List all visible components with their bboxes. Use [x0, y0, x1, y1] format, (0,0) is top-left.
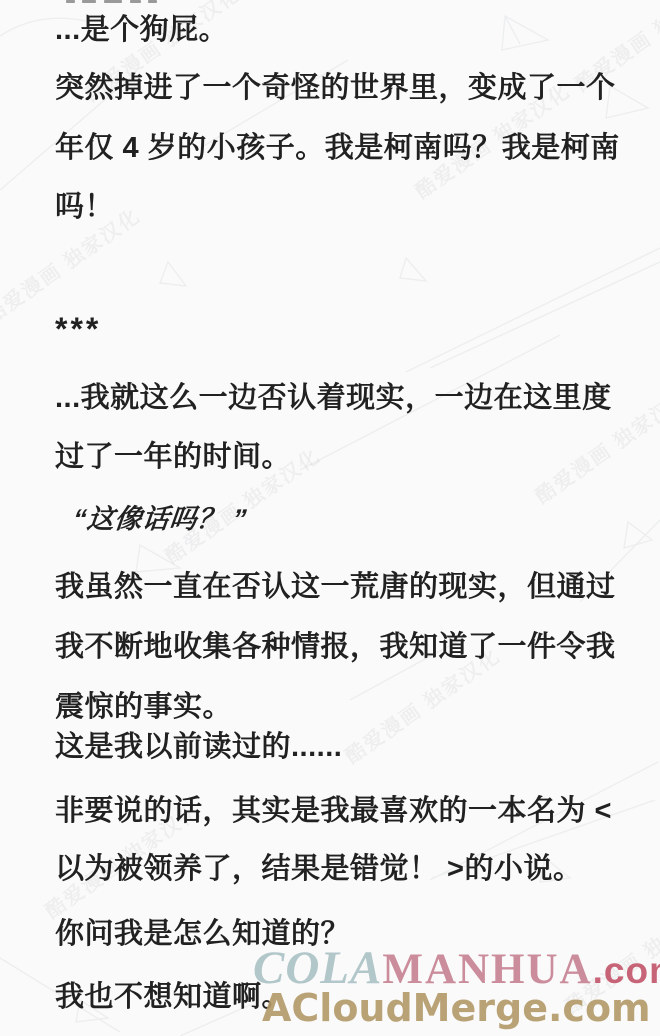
story-line-11: 震惊的事实。 — [55, 692, 232, 724]
story-line-6: ...我就这么一边否认着现实，一边在这里度 — [55, 383, 612, 415]
story-line-7: 过了一年的时间。 — [55, 442, 291, 474]
manhua-text-page: 酷爱漫画 独家汉化 酷爱漫画 独家汉化 酷爱漫画 独家汉化 酷爱漫画 独家汉化 … — [0, 0, 660, 1036]
scene-break-asterisks: *** — [55, 312, 101, 347]
top-edge-artifact — [66, 0, 75, 3]
watermark-com-text: .com — [593, 950, 660, 991]
story-line-14: 以为被领养了，结果是错觉！ >的小说。 — [55, 854, 583, 886]
story-line-13: 非要说的话，其实是我最喜欢的一本名为 < — [55, 796, 612, 828]
story-line-4: 吗！ — [55, 192, 114, 224]
top-edge-artifact — [82, 0, 96, 3]
top-edge-artifact — [104, 0, 122, 3]
watermark-acloudmerge: ACloudMerge.com — [262, 986, 651, 1030]
top-edge-artifact — [148, 0, 157, 3]
story-line-10: 我不断地收集各种情报，我知道了一件令我 — [55, 632, 616, 664]
story-line-3: 年仅 4 岁的小孩子。我是柯南吗？我是柯南 — [55, 133, 620, 165]
story-line-9: 我虽然一直在否认这一荒唐的现实，但通过 — [55, 572, 616, 604]
story-line-1: ...是个狗屁。 — [55, 15, 228, 47]
story-line-12: 这是我以前读过的...... — [55, 732, 342, 764]
story-line-2: 突然掉进了一个奇怪的世界里，变成了一个 — [55, 73, 616, 105]
top-edge-artifact — [130, 0, 141, 3]
story-quote-line: “这像话吗？ ” — [71, 505, 248, 535]
